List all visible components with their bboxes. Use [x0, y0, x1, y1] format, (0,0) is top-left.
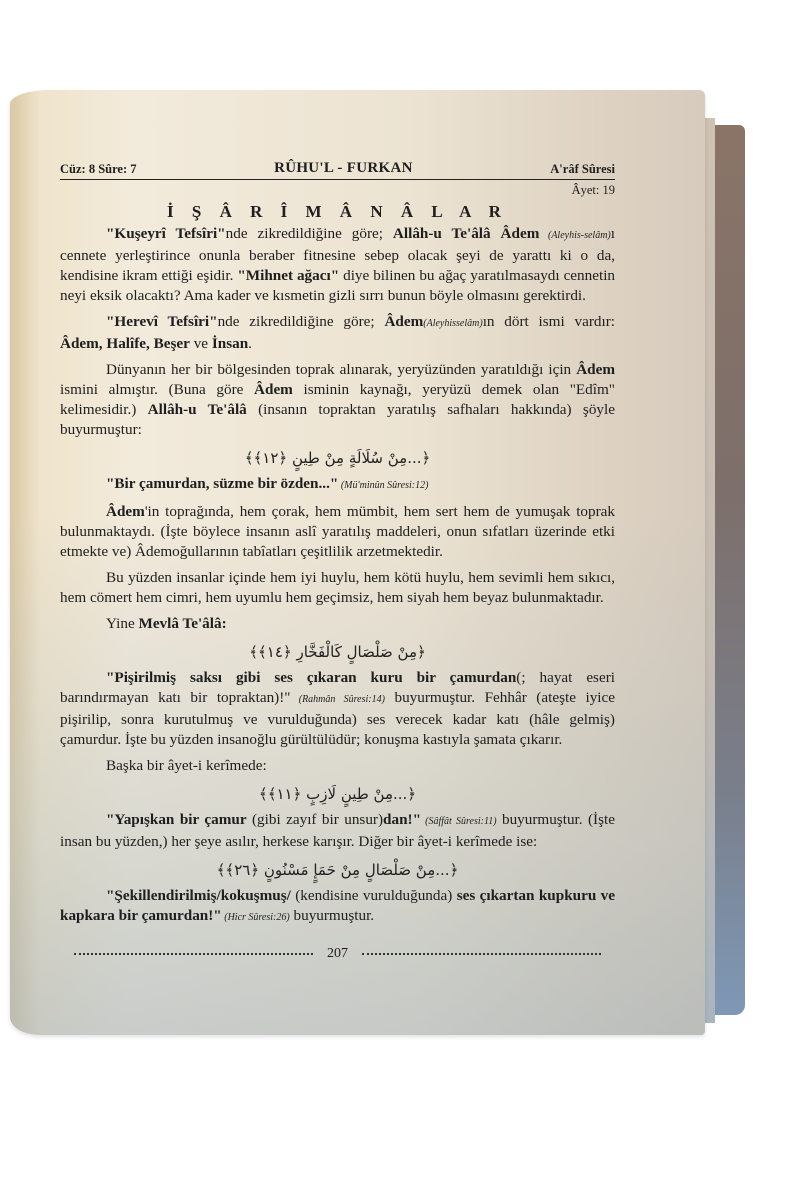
paragraph-10: "Yapışkan bir çamur (gibi zayıf bir unsu… [60, 810, 615, 852]
book-page-edge [705, 118, 715, 1023]
arabic-verse-3: ﴿...مِنْ طِينٍ لَازِبٍ ﴿١١﴾﴾ [60, 785, 615, 803]
arabic-verse-2: ﴿مِنْ صَلْصَالٍ كَالْفَخَّارِ ﴿١٤﴾﴾ [60, 643, 615, 661]
page-number: 207 [327, 946, 348, 962]
book-page-stack-edge [715, 125, 745, 1015]
dotted-leader-right [362, 953, 601, 955]
paragraph-8: "Pişirilmiş saksı gibi ses çıkaran kuru … [60, 668, 615, 750]
arabic-verse-1: ﴿...مِنْ سُلَالَةٍ مِنْ طِينٍ ﴿١٢﴾﴾ [60, 449, 615, 467]
paragraph-9: Başka bir âyet-i kerîmede: [60, 756, 615, 776]
book-page: Cüz: 8 Sûre: 7 RÛHU'L - FURKAN A'râf Sûr… [10, 90, 705, 1035]
section-title: İ Ş Â R Î M Â N Â L A R [60, 202, 615, 222]
dotted-leader-left [74, 953, 313, 955]
paragraph-5: Âdem'in toprağında, hem çorak, hem mümbi… [60, 502, 615, 562]
paragraph-2: "Herevî Tefsîri"nde zikredildiğine göre;… [60, 312, 615, 354]
page-footer: 207 [60, 946, 615, 962]
ayet-reference: Âyet: 19 [60, 183, 615, 198]
book: Cüz: 8 Sûre: 7 RÛHU'L - FURKAN A'râf Sûr… [10, 90, 745, 1035]
arabic-verse-4: ﴿...مِنْ صَلْصَالٍ مِنْ حَمَإٍ مَسْنُونٍ… [60, 861, 615, 879]
paragraph-3: Dünyanın her bir bölgesinden toprak alın… [60, 360, 615, 440]
paragraph-6: Bu yüzden insanlar içinde hem iyi huylu,… [60, 568, 615, 608]
header-right: A'râf Sûresi [550, 162, 615, 177]
page-content: Cüz: 8 Sûre: 7 RÛHU'L - FURKAN A'râf Sûr… [60, 160, 615, 962]
paragraph-4: "Bir çamurdan, süzme bir özden..." (Mü'm… [60, 474, 615, 496]
paragraph-1: "Kuşeyrî Tefsîri"nde zikredildiğine göre… [60, 224, 615, 306]
running-header: Cüz: 8 Sûre: 7 RÛHU'L - FURKAN A'râf Sûr… [60, 160, 615, 180]
paragraph-7: Yine Mevlâ Te'âlâ: [60, 614, 615, 634]
header-left: Cüz: 8 Sûre: 7 [60, 162, 137, 177]
paragraph-11: "Şekillendirilmiş/kokuşmuş/ (kendisine v… [60, 886, 615, 928]
header-title: RÛHU'L - FURKAN [274, 160, 413, 177]
